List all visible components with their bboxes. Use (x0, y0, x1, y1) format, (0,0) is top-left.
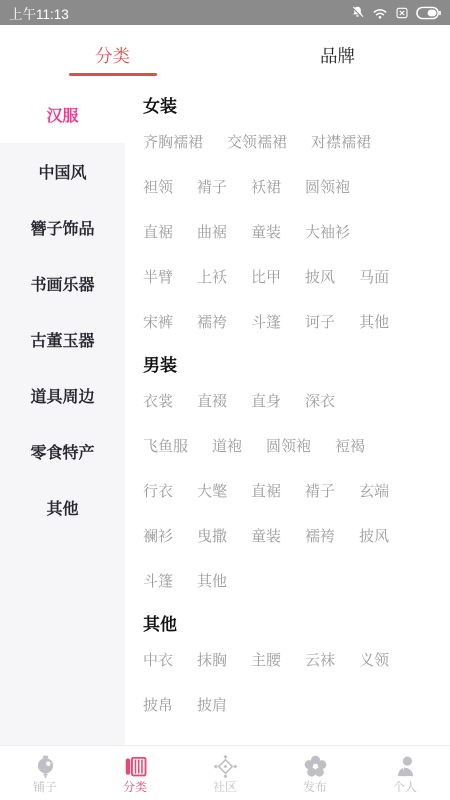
nav-item-community[interactable]: 社区 (180, 746, 270, 800)
category-row: 飞鱼服道袍圆领袍裋褐 (143, 423, 450, 468)
category-item[interactable]: 玄端 (359, 480, 389, 501)
category-row: 衣裳直裰直身深衣 (143, 378, 450, 423)
category-item[interactable]: 中衣 (143, 649, 173, 670)
category-item[interactable]: 披风 (359, 525, 389, 546)
blossom-icon (303, 754, 328, 779)
category-row: 宋裤襦袴斗篷诃子其他 (143, 299, 450, 344)
section-other: 其他中衣抹胸主腰云袜义领披帛披肩 (143, 603, 450, 727)
category-item[interactable]: 衣裳 (143, 390, 173, 411)
category-item[interactable]: 圆领袍 (266, 435, 311, 456)
category-item[interactable]: 斗篷 (251, 311, 281, 332)
tab-categories[interactable]: 分类 (0, 25, 225, 85)
tab-brands[interactable]: 品牌 (225, 25, 450, 85)
category-item[interactable]: 童装 (251, 221, 281, 242)
category-row: 襕衫曳撒童装襦袴披风 (143, 513, 450, 558)
status-icons (350, 5, 441, 20)
nav-item-shop[interactable]: 铺子 (0, 746, 90, 800)
category-item[interactable]: 云袜 (305, 649, 335, 670)
category-item[interactable]: 比甲 (251, 266, 281, 287)
nav-item-label: 个人 (393, 781, 417, 793)
sidebar-item-snacks[interactable]: 零食特产 (0, 423, 125, 479)
scroll-icon (123, 754, 148, 779)
sidebar-item-props[interactable]: 道具周边 (0, 367, 125, 423)
sidebar-item-label: 汉服 (46, 103, 78, 126)
category-row: 半臂上袄比甲披风马面 (143, 254, 450, 299)
category-row: 齐胸襦裙交领襦裙对襟襦裙 (143, 119, 450, 164)
sidebar-item-hairpins[interactable]: 簪子饰品 (0, 199, 125, 255)
sidebar-item-label: 中国风 (38, 160, 86, 183)
category-item[interactable]: 斗篷 (143, 570, 173, 591)
category-sidebar: 汉服中国风簪子饰品书画乐器古董玉器道具周边零食特产其他 (0, 85, 125, 745)
sidebar-item-label: 簪子饰品 (30, 216, 94, 239)
person-icon (393, 754, 418, 779)
category-item[interactable]: 童装 (251, 525, 281, 546)
sim-error-icon (395, 6, 409, 20)
sidebar-item-label: 其他 (46, 496, 78, 519)
category-item[interactable]: 披帛 (143, 694, 173, 715)
category-item[interactable]: 袄裙 (251, 176, 281, 197)
tab-categories-label: 分类 (95, 43, 130, 68)
sidebar-item-art[interactable]: 书画乐器 (0, 255, 125, 311)
category-row: 袒领褙子袄裙圆领袍 (143, 164, 450, 209)
status-bar: 上午11:13 (0, 0, 450, 25)
battery-icon (416, 6, 441, 20)
category-item[interactable]: 披风 (305, 266, 335, 287)
category-item[interactable]: 襦袴 (305, 525, 335, 546)
section-men: 男装衣裳直裰直身深衣飞鱼服道袍圆领袍裋褐行衣大氅直裾褙子玄端襕衫曳撒童装襦袴披风… (143, 344, 450, 603)
category-item[interactable]: 半臂 (143, 266, 173, 287)
tab-active-underline (69, 73, 157, 76)
category-item[interactable]: 行衣 (143, 480, 173, 501)
section-title: 其他 (143, 603, 450, 637)
category-item[interactable]: 曲裾 (197, 221, 227, 242)
category-item[interactable]: 直裾 (143, 221, 173, 242)
nav-item-label: 铺子 (33, 781, 57, 793)
section-title: 女装 (143, 85, 450, 119)
sidebar-item-guofeng[interactable]: 中国风 (0, 143, 125, 199)
category-item[interactable]: 诃子 (305, 311, 335, 332)
tab-brands-label: 品牌 (320, 43, 355, 68)
wifi-icon (372, 6, 388, 20)
category-item[interactable]: 圆领袍 (305, 176, 350, 197)
category-item[interactable]: 深衣 (305, 390, 335, 411)
sidebar-item-label: 书画乐器 (30, 272, 94, 295)
category-item[interactable]: 义领 (359, 649, 389, 670)
nav-item-label: 发布 (303, 781, 327, 793)
sidebar-item-antiques[interactable]: 古董玉器 (0, 311, 125, 367)
category-item[interactable]: 抹胸 (197, 649, 227, 670)
category-item[interactable]: 马面 (359, 266, 389, 287)
nav-item-label: 分类 (123, 781, 147, 793)
sidebar-item-label: 道具周边 (30, 384, 94, 407)
category-item[interactable]: 大氅 (197, 480, 227, 501)
category-item[interactable]: 交领襦裙 (227, 131, 287, 152)
status-time: 上午11:13 (9, 3, 69, 23)
category-item[interactable]: 曳撒 (197, 525, 227, 546)
category-item[interactable]: 披肩 (197, 694, 227, 715)
category-item[interactable]: 大袖衫 (305, 221, 350, 242)
sidebar-item-label: 古董玉器 (30, 328, 94, 351)
category-item[interactable]: 裋褐 (335, 435, 365, 456)
category-item[interactable]: 上袄 (197, 266, 227, 287)
top-tab-bar: 分类 品牌 (0, 25, 450, 85)
lantern-icon (33, 754, 58, 779)
nav-item-label: 社区 (213, 781, 237, 793)
category-item[interactable]: 道袍 (212, 435, 242, 456)
nav-item-profile[interactable]: 个人 (360, 746, 450, 800)
nav-item-publish[interactable]: 发布 (270, 746, 360, 800)
category-body: 汉服中国风簪子饰品书画乐器古董玉器道具周边零食特产其他 女装齐胸襦裙交领襦裙对襟… (0, 85, 450, 745)
sidebar-item-other[interactable]: 其他 (0, 479, 125, 535)
knot-icon (213, 754, 238, 779)
category-item[interactable]: 褙子 (305, 480, 335, 501)
category-item[interactable]: 对襟襦裙 (311, 131, 371, 152)
category-item[interactable]: 齐胸襦裙 (143, 131, 203, 152)
category-item[interactable]: 主腰 (251, 649, 281, 670)
category-item[interactable]: 宋裤 (143, 311, 173, 332)
category-item[interactable]: 直裰 (197, 390, 227, 411)
category-content: 女装齐胸襦裙交领襦裙对襟襦裙袒领褙子袄裙圆领袍直裾曲裾童装大袖衫半臂上袄比甲披风… (125, 85, 450, 745)
category-row: 中衣抹胸主腰云袜义领 (143, 637, 450, 682)
category-item[interactable]: 褙子 (197, 176, 227, 197)
bottom-nav: 铺子分类社区发布个人 (0, 745, 450, 800)
sidebar-item-label: 零食特产 (30, 440, 94, 463)
category-row: 斗篷其他 (143, 558, 450, 603)
category-item[interactable]: 襦袴 (197, 311, 227, 332)
category-item[interactable]: 其他 (359, 311, 389, 332)
category-item[interactable]: 襕衫 (143, 525, 173, 546)
category-item[interactable]: 直身 (251, 390, 281, 411)
category-row: 披帛披肩 (143, 682, 450, 727)
nav-item-categories[interactable]: 分类 (90, 746, 180, 800)
category-item[interactable]: 飞鱼服 (143, 435, 188, 456)
sidebar-item-hanfu[interactable]: 汉服 (0, 85, 125, 143)
section-title: 男装 (143, 344, 450, 378)
section-women: 女装齐胸襦裙交领襦裙对襟襦裙袒领褙子袄裙圆领袍直裾曲裾童装大袖衫半臂上袄比甲披风… (143, 85, 450, 344)
category-item[interactable]: 直裾 (251, 480, 281, 501)
category-row: 直裾曲裾童装大袖衫 (143, 209, 450, 254)
category-row: 行衣大氅直裾褙子玄端 (143, 468, 450, 513)
app-screen: 上午11:13 (0, 0, 450, 800)
category-item[interactable]: 袒领 (143, 176, 173, 197)
category-item[interactable]: 其他 (197, 570, 227, 591)
notification-muted-icon (350, 5, 365, 20)
